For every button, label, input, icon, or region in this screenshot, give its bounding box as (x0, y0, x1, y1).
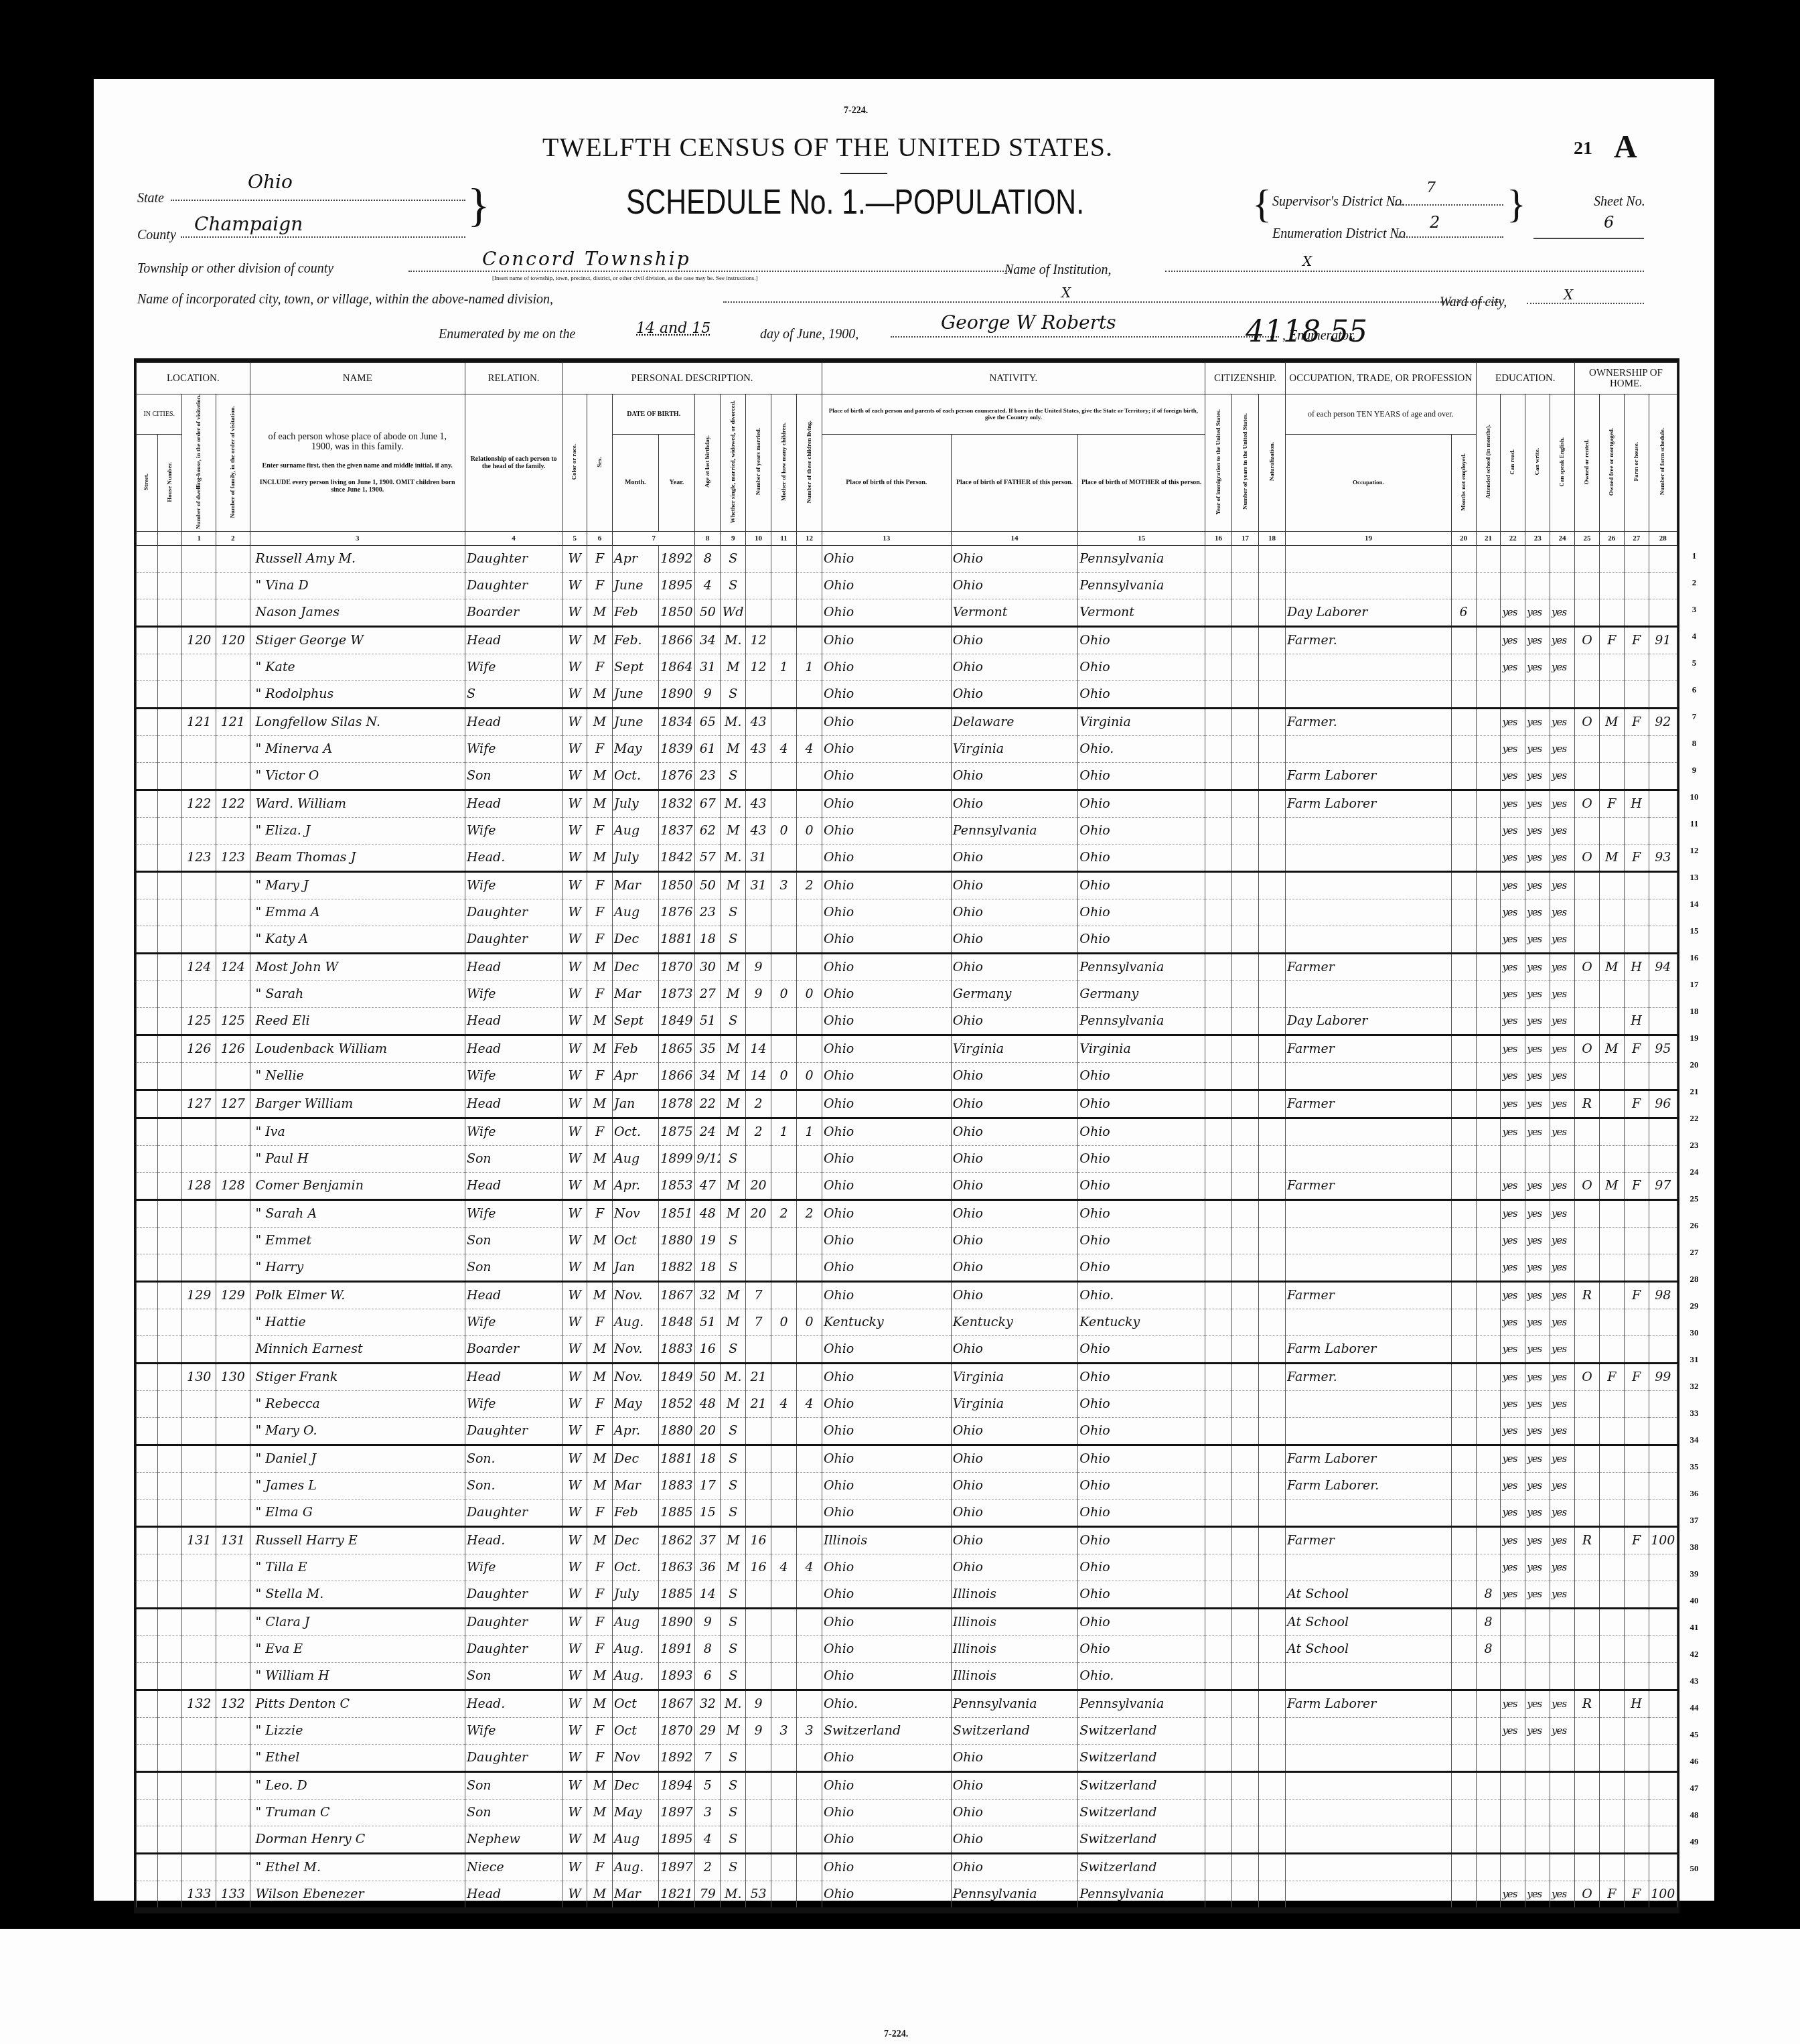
birth-month-cell: May (613, 1390, 658, 1417)
sex-cell: M (587, 844, 613, 871)
free-mortgaged-cell: M (1599, 953, 1624, 980)
attended-school-cell (1476, 762, 1501, 790)
years-married-cell (746, 599, 771, 626)
years-married-cell: 31 (746, 871, 771, 899)
naturalization-cell (1259, 1526, 1286, 1554)
birthplace-person-cell: Ohio (822, 790, 951, 817)
name-description: of each person whose place of abode on J… (257, 432, 458, 453)
birth-month-cell: Feb (613, 599, 658, 626)
sex-cell: M (587, 1445, 613, 1472)
birth-year-cell: 1853 (658, 1172, 695, 1199)
attended-school-cell (1476, 1445, 1501, 1472)
months-unemployed-cell (1451, 1853, 1476, 1881)
house-number-cell (157, 1771, 182, 1799)
occupation-cell (1286, 572, 1452, 599)
can-write-cell: yes (1525, 926, 1550, 953)
person-name-cell: Minnich Earnest (250, 1335, 465, 1363)
birthplace-father-cell: Ohio (951, 1172, 1078, 1199)
children-living-cell (796, 1690, 822, 1717)
mother-of-children-cell: 0 (771, 817, 797, 844)
marital-status-cell: S (721, 1335, 746, 1363)
color-cell: W (562, 1145, 587, 1172)
can-write-cell: yes (1525, 1881, 1550, 1908)
birth-year-cell: 1894 (658, 1771, 695, 1799)
can-write-cell: yes (1525, 1035, 1550, 1062)
relation-cell: Daughter (465, 926, 562, 953)
mother-of-children-cell (771, 708, 797, 735)
naturalization-cell (1259, 1145, 1286, 1172)
mother-of-children-cell: 1 (771, 1118, 797, 1145)
color-cell: W (562, 1635, 587, 1662)
relation-cell: Son (465, 1227, 562, 1254)
birthplace-father-cell: Ohio (951, 1118, 1078, 1145)
family-number-cell: 130 (216, 1363, 250, 1390)
owned-rented-cell (1574, 1635, 1599, 1662)
marital-status-cell: S (721, 1227, 746, 1254)
age-cell: 51 (695, 1007, 721, 1035)
attended-school-cell (1476, 1717, 1501, 1744)
owned-rented-cell (1574, 1254, 1599, 1281)
table-row: " Truman CSonWMMay18973SOhioOhioSwitzerl… (137, 1799, 1677, 1826)
years-married-cell (746, 1608, 771, 1635)
years-married-cell (746, 1635, 771, 1662)
table-row: " HarrySonWMJan188218SOhioOhioOhioyesyes… (137, 1254, 1677, 1281)
farm-house-cell (1624, 1662, 1649, 1690)
can-write-cell (1525, 1853, 1550, 1881)
relation-cell: Head (465, 1172, 562, 1199)
person-name-cell: Nason James (250, 599, 465, 626)
mother-of-children-cell (771, 1581, 797, 1608)
table-row: " Minerva AWifeWFMay183961M4344OhioVirgi… (137, 735, 1677, 762)
supervisor-label: Supervisor's District No. (1272, 194, 1405, 210)
birth-month-cell: Nov (613, 1744, 658, 1771)
sex-cell: M (587, 1281, 613, 1309)
age-cell: 48 (695, 1199, 721, 1227)
free-mortgaged-cell: M (1599, 1035, 1624, 1062)
house-number-cell (157, 762, 182, 790)
person-name-cell: " Tilla E (250, 1554, 465, 1581)
can-speak-english-cell: yes (1550, 1062, 1575, 1090)
occupation-cell: Farm Laborer (1286, 1445, 1452, 1472)
farm-house-cell: H (1624, 953, 1649, 980)
house-number-cell (157, 1118, 182, 1145)
marital-status-cell: M (721, 1062, 746, 1090)
header-naturalization: Naturalization. (1269, 442, 1276, 481)
person-name-cell: " Minerva A (250, 735, 465, 762)
birthplace-mother-cell: Ohio (1078, 1227, 1205, 1254)
months-unemployed-cell (1451, 1417, 1476, 1445)
age-cell: 50 (695, 1363, 721, 1390)
age-cell: 22 (695, 1090, 721, 1118)
farm-schedule-cell: 97 (1649, 1172, 1677, 1199)
months-unemployed-cell (1451, 1145, 1476, 1172)
months-unemployed-cell (1451, 1172, 1476, 1199)
birth-month-cell: Feb (613, 1499, 658, 1526)
birthplace-person-cell: Ohio (822, 1090, 951, 1118)
birth-month-cell: Aug. (613, 1853, 658, 1881)
years-in-us-cell (1232, 1390, 1259, 1417)
marital-status-cell: S (721, 1445, 746, 1472)
person-name-cell: " Victor O (250, 762, 465, 790)
sex-cell: M (587, 708, 613, 735)
can-speak-english-cell: yes (1550, 1581, 1575, 1608)
can-read-cell: yes (1501, 1690, 1525, 1717)
farm-schedule-cell (1649, 790, 1677, 817)
street-cell (137, 1172, 158, 1199)
birthplace-father-cell: Ohio (951, 1826, 1078, 1853)
children-living-cell (796, 1281, 822, 1309)
birthplace-father-cell: Switzerland (951, 1717, 1078, 1744)
birth-year-cell: 1867 (658, 1281, 695, 1309)
color-cell: W (562, 1472, 587, 1499)
column-number: 17 (1232, 531, 1259, 545)
farm-house-cell (1624, 1826, 1649, 1853)
farm-schedule-cell (1649, 1062, 1677, 1090)
birthplace-person-cell: Ohio (822, 1062, 951, 1090)
age-cell: 17 (695, 1472, 721, 1499)
relation-cell: Wife (465, 1118, 562, 1145)
immigration-year-cell (1205, 1335, 1231, 1363)
owned-rented-cell (1574, 1445, 1599, 1472)
age-cell: 30 (695, 953, 721, 980)
birth-year-cell: 1875 (658, 1118, 695, 1145)
birthplace-father-cell: Ohio (951, 844, 1078, 871)
relation-cell: Head (465, 1090, 562, 1118)
relation-cell: Daughter (465, 899, 562, 926)
birth-year-cell: 1878 (658, 1090, 695, 1118)
family-number-cell (216, 1390, 250, 1417)
relation-cell: Daughter (465, 545, 562, 572)
owned-rented-cell (1574, 1335, 1599, 1363)
attended-school-cell (1476, 599, 1501, 626)
marital-status-cell: Wd (721, 599, 746, 626)
children-living-cell (796, 599, 822, 626)
children-living-cell (796, 1445, 822, 1472)
age-cell: 47 (695, 1172, 721, 1199)
header-attended-school: Attended school (in months). (1485, 425, 1492, 499)
dwelling-number-cell (182, 1062, 216, 1090)
immigration-year-cell (1205, 626, 1231, 654)
supervisor-value: 7 (1426, 179, 1436, 196)
sex-cell: F (587, 899, 613, 926)
relation-cell: Son (465, 1771, 562, 1799)
farm-schedule-cell (1649, 1826, 1677, 1853)
house-number-cell (157, 1007, 182, 1035)
farm-house-cell (1624, 1499, 1649, 1526)
years-married-cell (746, 572, 771, 599)
immigration-year-cell (1205, 1826, 1231, 1853)
can-write-cell: yes (1525, 953, 1550, 980)
owned-rented-cell (1574, 1608, 1599, 1635)
children-living-cell (796, 926, 822, 953)
birthplace-mother-cell: Ohio (1078, 762, 1205, 790)
person-name-cell: " Rodolphus (250, 680, 465, 708)
age-cell: 50 (695, 871, 721, 899)
city-label: Name of incorporated city, town, or vill… (137, 292, 553, 307)
birthplace-person-cell: Ohio (822, 572, 951, 599)
dwelling-number-cell (182, 1309, 216, 1335)
dwelling-number-cell (182, 817, 216, 844)
city-value: X (1061, 285, 1071, 301)
table-row: " William HSonWMAug.18936SOhioIllinoisOh… (137, 1662, 1677, 1690)
can-speak-english-cell: yes (1550, 980, 1575, 1007)
owned-rented-cell (1574, 1799, 1599, 1826)
can-write-cell: yes (1525, 817, 1550, 844)
family-number-cell (216, 1799, 250, 1826)
attended-school-cell (1476, 735, 1501, 762)
years-in-us-cell (1232, 1499, 1259, 1526)
farm-schedule-cell (1649, 871, 1677, 899)
relation-cell: Wife (465, 735, 562, 762)
color-cell: W (562, 1554, 587, 1581)
children-living-cell (796, 1635, 822, 1662)
occupation-cell (1286, 1662, 1452, 1690)
marital-status-cell: M (721, 1172, 746, 1199)
farm-schedule-cell (1649, 572, 1677, 599)
marital-status-cell: M (721, 654, 746, 680)
immigration-year-cell (1205, 1199, 1231, 1227)
attended-school-cell (1476, 899, 1501, 926)
attended-school-cell (1476, 1254, 1501, 1281)
sheet-stamp-number: 21 (1574, 138, 1592, 159)
months-unemployed-cell (1451, 844, 1476, 871)
street-cell (137, 1554, 158, 1581)
children-living-cell: 2 (796, 871, 822, 899)
occupation-cell: Farm Laborer (1286, 1335, 1452, 1363)
header-occupation: OCCUPATION, TRADE, OR PROFESSION (1286, 363, 1476, 394)
can-read-cell: yes (1501, 1335, 1525, 1363)
line-number: 49 (1681, 1828, 1708, 1855)
enumerated-prefix: Enumerated by me on the (439, 327, 575, 342)
mother-of-children-cell: 4 (771, 1554, 797, 1581)
owned-rented-cell (1574, 1826, 1599, 1853)
birthplace-father-cell: Ohio (951, 1472, 1078, 1499)
state-field-line (171, 200, 465, 201)
marital-status-cell: M. (721, 1881, 746, 1908)
column-number: 8 (695, 531, 721, 545)
can-read-cell: yes (1501, 599, 1525, 626)
birth-year-cell: 1883 (658, 1472, 695, 1499)
children-living-cell (796, 1662, 822, 1690)
naturalization-cell (1259, 1581, 1286, 1608)
can-read-cell: yes (1501, 1199, 1525, 1227)
can-write-cell: yes (1525, 762, 1550, 790)
mother-of-children-cell (771, 1227, 797, 1254)
mother-of-children-cell: 3 (771, 1717, 797, 1744)
house-number-cell (157, 1309, 182, 1335)
sex-cell: M (587, 1799, 613, 1826)
free-mortgaged-cell (1599, 899, 1624, 926)
header-owned-rented: Owned or rented. (1584, 439, 1590, 484)
birthplace-mother-cell: Germany (1078, 980, 1205, 1007)
birthplace-father-cell: Virginia (951, 1035, 1078, 1062)
family-number-cell (216, 1608, 250, 1635)
can-read-cell (1501, 545, 1525, 572)
mother-of-children-cell (771, 790, 797, 817)
relation-cell: Head (465, 1881, 562, 1908)
header-date-of-birth: DATE OF BIRTH. (627, 411, 680, 418)
marital-status-cell: S (721, 1472, 746, 1499)
farm-house-cell (1624, 1227, 1649, 1254)
farm-schedule-cell: 91 (1649, 626, 1677, 654)
birthplace-person-cell: Ohio (822, 1254, 951, 1281)
line-number: 15 (1681, 918, 1708, 944)
months-unemployed-cell (1451, 1499, 1476, 1526)
column-number-row: 1234567891011121314151617181920212223242… (137, 531, 1677, 545)
attended-school-cell (1476, 1172, 1501, 1199)
birthplace-person-cell: Ohio (822, 1853, 951, 1881)
column-number: 18 (1259, 531, 1286, 545)
attended-school-cell (1476, 708, 1501, 735)
attended-school-cell (1476, 844, 1501, 871)
street-cell (137, 980, 158, 1007)
birthplace-mother-cell: Ohio (1078, 1635, 1205, 1662)
immigration-year-cell (1205, 1472, 1231, 1499)
mother-of-children-cell (771, 1635, 797, 1662)
owned-rented-cell (1574, 1717, 1599, 1744)
years-married-cell: 7 (746, 1309, 771, 1335)
title-divider (840, 173, 887, 174)
free-mortgaged-cell (1599, 1335, 1624, 1363)
column-number: 7 (613, 531, 695, 545)
years-in-us-cell (1232, 1853, 1259, 1881)
dwelling-number-cell (182, 599, 216, 626)
marital-status-cell: S (721, 762, 746, 790)
occupation-cell: At School (1286, 1608, 1452, 1635)
birthplace-mother-cell: Ohio (1078, 817, 1205, 844)
birthplace-father-cell: Pennsylvania (951, 817, 1078, 844)
months-unemployed-cell (1451, 1526, 1476, 1554)
family-number-cell (216, 1472, 250, 1499)
months-unemployed-cell (1451, 1799, 1476, 1826)
years-married-cell (746, 1007, 771, 1035)
column-number: 5 (562, 531, 587, 545)
table-row: " Clara JDaughterWFAug18909SOhioIllinois… (137, 1608, 1677, 1635)
immigration-year-cell (1205, 1799, 1231, 1826)
birth-month-cell: Jan (613, 1254, 658, 1281)
farm-house-cell (1624, 1472, 1649, 1499)
line-number: 7 (1681, 703, 1708, 730)
occupation-cell: Farmer (1286, 953, 1452, 980)
birthplace-father-cell: Illinois (951, 1662, 1078, 1690)
farm-house-cell (1624, 817, 1649, 844)
months-unemployed-cell (1451, 1090, 1476, 1118)
sex-cell: M (587, 680, 613, 708)
house-number-cell (157, 735, 182, 762)
person-name-cell: " Hattie (250, 1309, 465, 1335)
naturalization-cell (1259, 1007, 1286, 1035)
birthplace-person-cell: Ohio (822, 599, 951, 626)
occupation-cell: Day Laborer (1286, 599, 1452, 626)
attended-school-cell (1476, 680, 1501, 708)
months-unemployed-cell (1451, 1826, 1476, 1853)
birth-month-cell: June (613, 708, 658, 735)
relation-cell: Wife (465, 1390, 562, 1417)
birthplace-mother-cell: Switzerland (1078, 1853, 1205, 1881)
color-cell: W (562, 926, 587, 953)
can-speak-english-cell: yes (1550, 1309, 1575, 1335)
can-read-cell: yes (1501, 654, 1525, 680)
marital-status-cell: M. (721, 844, 746, 871)
birth-year-cell: 1864 (658, 654, 695, 680)
birthplace-person-cell: Ohio (822, 1363, 951, 1390)
free-mortgaged-cell: M (1599, 1172, 1624, 1199)
years-in-us-cell (1232, 1526, 1259, 1554)
years-married-cell: 21 (746, 1363, 771, 1390)
house-number-cell (157, 1826, 182, 1853)
relation-cell: Boarder (465, 1335, 562, 1363)
birth-month-cell: Aug (613, 817, 658, 844)
dwelling-number-cell (182, 735, 216, 762)
birthplace-mother-cell: Ohio (1078, 1581, 1205, 1608)
institution-field-line (1165, 271, 1644, 272)
age-cell: 23 (695, 899, 721, 926)
farm-house-cell: H (1624, 1690, 1649, 1717)
street-cell (137, 1608, 158, 1635)
person-name-cell: " Eliza. J (250, 817, 465, 844)
can-read-cell: yes (1501, 899, 1525, 926)
marital-status-cell: S (721, 1145, 746, 1172)
attended-school-cell (1476, 654, 1501, 680)
free-mortgaged-cell (1599, 545, 1624, 572)
birth-year-cell: 1895 (658, 1826, 695, 1853)
owned-rented-cell (1574, 1744, 1599, 1771)
dwelling-number-cell (182, 1335, 216, 1363)
free-mortgaged-cell (1599, 1254, 1624, 1281)
birth-month-cell: June (613, 680, 658, 708)
sex-cell: F (587, 1417, 613, 1445)
color-cell: W (562, 1172, 587, 1199)
occupation-cell: Farmer (1286, 1281, 1452, 1309)
naturalization-cell (1259, 1417, 1286, 1445)
occupation-cell (1286, 1417, 1452, 1445)
owned-rented-cell (1574, 1007, 1599, 1035)
person-name-cell: " Sarah A (250, 1199, 465, 1227)
sex-cell: F (587, 1554, 613, 1581)
occupation-cell (1286, 1799, 1452, 1826)
column-number: 13 (822, 531, 951, 545)
family-number-cell: 123 (216, 844, 250, 871)
person-name-cell: Pitts Denton C (250, 1690, 465, 1717)
family-number-cell: 127 (216, 1090, 250, 1118)
farm-schedule-cell (1649, 980, 1677, 1007)
immigration-year-cell (1205, 1445, 1231, 1472)
farm-schedule-cell (1649, 1199, 1677, 1227)
relation-cell: Daughter (465, 1608, 562, 1635)
children-living-cell (796, 708, 822, 735)
table-row: 128128Comer BenjaminHeadWMApr.185347M20O… (137, 1172, 1677, 1199)
years-married-cell: 7 (746, 1281, 771, 1309)
free-mortgaged-cell (1599, 980, 1624, 1007)
marital-status-cell: M (721, 1199, 746, 1227)
column-number: 27 (1624, 531, 1649, 545)
street-cell (137, 1062, 158, 1090)
farm-house-cell (1624, 1771, 1649, 1799)
birth-year-cell: 1890 (658, 1608, 695, 1635)
occupation-cell (1286, 1826, 1452, 1853)
occupation-cell: Farmer (1286, 1035, 1452, 1062)
years-married-cell: 14 (746, 1062, 771, 1090)
dwelling-number-cell: 126 (182, 1035, 216, 1062)
children-living-cell (796, 545, 822, 572)
can-speak-english-cell: yes (1550, 1199, 1575, 1227)
birthplace-mother-cell: Virginia (1078, 1035, 1205, 1062)
line-number: 38 (1681, 1534, 1708, 1560)
relation-cell: Niece (465, 1853, 562, 1881)
owned-rented-cell (1574, 1554, 1599, 1581)
relation-cell: Daughter (465, 1499, 562, 1526)
occupation-cell (1286, 654, 1452, 680)
